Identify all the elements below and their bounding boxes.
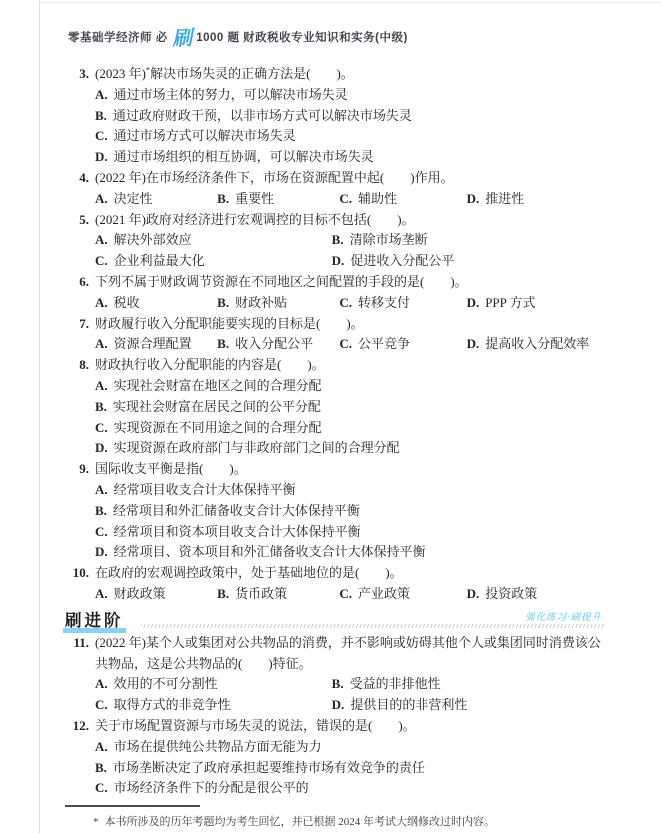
option-C: C.转移支付 bbox=[339, 293, 466, 314]
option-B: B.受益的非排他性 bbox=[332, 674, 441, 695]
option-letter: A. bbox=[95, 482, 108, 497]
question-5: 5.(2021 年)政府对经济进行宏观调控的目标不包括( )。A.解决外部效应B… bbox=[63, 210, 604, 272]
question-stem-row: 7.财政履行收入分配职能要实现的目标是( )。 bbox=[63, 314, 604, 335]
option-C: C.市场经济条件下的分配是很公平的 bbox=[95, 778, 604, 799]
option-letter: B. bbox=[95, 503, 107, 518]
option-text: 实现资源在政府部门与非政府部门之间的合理分配 bbox=[114, 440, 400, 455]
option-letter: C. bbox=[95, 420, 108, 435]
option-letter: B. bbox=[332, 676, 344, 691]
book-page: 零基础学经济师 必刷1000 题 财政税收专业知识和实务(中级) 3.(2023… bbox=[0, 0, 662, 833]
option-text: 市场垄断决定了政府承担起要维持市场有效竞争的责任 bbox=[113, 760, 425, 775]
option-A: A.实现社会财富在地区之间的合理分配 bbox=[95, 376, 604, 397]
option-letter: D. bbox=[467, 336, 480, 351]
page-header: 零基础学经济师 必刷1000 题 财政税收专业知识和实务(中级) bbox=[68, 22, 408, 48]
footnote-rule bbox=[65, 805, 200, 807]
option-letter: A. bbox=[95, 336, 108, 351]
option-D: D.PPP 方式 bbox=[467, 293, 536, 314]
options: A.效用的不可分割性B.受益的非排他性C.取得方式的非竞争性D.提供目的的非营利… bbox=[95, 674, 604, 716]
option-A: A.效用的不可分割性 bbox=[95, 674, 332, 695]
question-stem-row: 3.(2023 年)*解决市场失灵的正确方法是( )。 bbox=[63, 64, 604, 85]
option-text: 实现社会财富在居民之间的公平分配 bbox=[113, 399, 321, 414]
option-B: B.收入分配公平 bbox=[217, 334, 339, 355]
option-C: C.企业利益最大化 bbox=[95, 251, 332, 272]
question-stem: (2022 年)在市场经济条件下，市场在资源配置中起( )作用。 bbox=[95, 168, 604, 189]
option-D: D.提高收入分配效率 bbox=[467, 334, 590, 355]
option-text: 产业政策 bbox=[358, 586, 410, 601]
option-text: 通过市场组织的相互协调，可以解决市场失灵 bbox=[114, 149, 374, 164]
option-letter: A. bbox=[95, 586, 108, 601]
option-text: 市场在提供纯公共物品方面无能为力 bbox=[114, 739, 322, 754]
option-A: A.税收 bbox=[95, 293, 217, 314]
question-number: 8. bbox=[63, 355, 95, 376]
option-letter: B. bbox=[95, 108, 107, 123]
option-text: 提供目的的非营利性 bbox=[350, 697, 467, 712]
question-number: 5. bbox=[63, 210, 95, 231]
option-A: A.解决外部效应 bbox=[95, 230, 332, 251]
option-letter: D. bbox=[95, 440, 108, 455]
option-letter: D. bbox=[332, 697, 345, 712]
option-B: B.经常项目和外汇储备收支合计大体保持平衡 bbox=[95, 501, 604, 522]
option-text: 收入分配公平 bbox=[235, 336, 313, 351]
option-C: C.经常项目和资本项目收支合计大体保持平衡 bbox=[95, 522, 604, 543]
question-stem: 下列不属于财政调节资源在不同地区之间配置的手段的是( )。 bbox=[95, 272, 604, 293]
option-A: A.经常项目收支合计大体保持平衡 bbox=[95, 480, 604, 501]
question-stem-row: 12.关于市场配置资源与市场失灵的说法，错误的是( )。 bbox=[63, 716, 604, 737]
question-stem: 在政府的宏观调控政策中，处于基础地位的是( )。 bbox=[95, 563, 604, 584]
options: A.解决外部效应B.清除市场垄断C.企业利益最大化D.促进收入分配公平 bbox=[95, 230, 604, 272]
option-C: C.辅助性 bbox=[339, 189, 466, 210]
option-A: A.资源合理配置 bbox=[95, 334, 217, 355]
option-D: D.促进收入分配公平 bbox=[332, 251, 455, 272]
option-text: 财政补贴 bbox=[235, 295, 287, 310]
dotted-divider bbox=[141, 624, 604, 628]
option-C: C.通过市场方式可以解决市场失灵 bbox=[95, 126, 604, 147]
question-stem: 财政执行收入分配职能的内容是( )。 bbox=[95, 355, 604, 376]
question-number: 6. bbox=[63, 272, 95, 293]
question-stem: 财政履行收入分配职能要实现的目标是( )。 bbox=[95, 314, 604, 335]
brush-logo-icon: 刷 bbox=[171, 21, 193, 51]
option-text: 经常项目收支合计大体保持平衡 bbox=[114, 482, 296, 497]
option-text: 重要性 bbox=[235, 191, 274, 206]
option-letter: B. bbox=[95, 760, 107, 775]
option-text: 投资政策 bbox=[485, 586, 537, 601]
question-stem-row: 11.(2022 年)某个人或集团对公共物品的消费，并不影响或妨碍其他个人或集团… bbox=[63, 633, 604, 675]
footnote-reference-mark: * bbox=[146, 65, 150, 75]
footnote-marker: * bbox=[93, 816, 99, 828]
question-stem-row: 6.下列不属于财政调节资源在不同地区之间配置的手段的是( )。 bbox=[63, 272, 604, 293]
footnote: *本书所涉及的历年考题均为考生回忆，并已根据 2024 年考试大纲修改过时内容。 bbox=[63, 805, 604, 830]
question-stem-row: 9.国际收支平衡是指( )。 bbox=[63, 459, 604, 480]
option-letter: B. bbox=[332, 232, 344, 247]
option-text: PPP 方式 bbox=[485, 295, 535, 310]
option-letter: A. bbox=[95, 87, 108, 102]
option-letter: B. bbox=[217, 191, 229, 206]
question-stem-row: 8.财政执行收入分配职能的内容是( )。 bbox=[63, 355, 604, 376]
option-letter: D. bbox=[95, 544, 108, 559]
option-A: A.市场在提供纯公共物品方面无能为力 bbox=[95, 737, 604, 758]
question-6: 6.下列不属于财政调节资源在不同地区之间配置的手段的是( )。A.税收B.财政补… bbox=[63, 272, 604, 314]
question-12: 12.关于市场配置资源与市场失灵的说法，错误的是( )。A.市场在提供纯公共物品… bbox=[63, 716, 604, 799]
option-A: A.决定性 bbox=[95, 189, 217, 210]
question-number: 7. bbox=[63, 314, 95, 335]
option-letter: D. bbox=[332, 253, 345, 268]
question-list-advanced: 11.(2022 年)某个人或集团对公共物品的消费，并不影响或妨碍其他个人或集团… bbox=[63, 633, 604, 799]
option-letter: A. bbox=[95, 232, 108, 247]
scan-edge-top bbox=[39, 2, 662, 3]
question-8: 8.财政执行收入分配职能的内容是( )。A.实现社会财富在地区之间的合理分配B.… bbox=[63, 355, 604, 459]
option-letter: D. bbox=[467, 295, 480, 310]
option-text: 通过市场主体的努力，可以解决市场失灵 bbox=[114, 87, 348, 102]
option-B: B.实现社会财富在居民之间的公平分配 bbox=[95, 397, 604, 418]
option-D: D.通过市场组织的相互协调，可以解决市场失灵 bbox=[95, 147, 604, 168]
option-C: C.实现资源在不同用途之间的合理分配 bbox=[95, 418, 604, 439]
option-letter: D. bbox=[467, 191, 480, 206]
option-B: B.清除市场垄断 bbox=[332, 230, 428, 251]
option-text: 市场经济条件下的分配是很公平的 bbox=[114, 780, 309, 795]
question-number: 9. bbox=[63, 459, 95, 480]
option-A: A.通过市场主体的努力，可以解决市场失灵 bbox=[95, 85, 604, 106]
option-text: 实现资源在不同用途之间的合理分配 bbox=[114, 420, 322, 435]
options: A.市场在提供纯公共物品方面无能为力B.市场垄断决定了政府承担起要维持市场有效竞… bbox=[95, 737, 604, 799]
question-stem-row: 5.(2021 年)政府对经济进行宏观调控的目标不包括( )。 bbox=[63, 210, 604, 231]
option-letter: C. bbox=[339, 191, 352, 206]
option-C: C.产业政策 bbox=[339, 584, 466, 605]
option-text: 清除市场垄断 bbox=[350, 232, 428, 247]
option-letter: C. bbox=[339, 295, 352, 310]
option-C: C.取得方式的非竞争性 bbox=[95, 695, 332, 716]
option-text: 通过市场方式可以解决市场失灵 bbox=[114, 128, 296, 143]
section-header: 刷进阶 强化练习·刷提升 bbox=[63, 607, 604, 631]
header-title-post: 1000 题 财政税收专业知识和实务(中级) bbox=[196, 32, 408, 44]
option-letter: A. bbox=[95, 676, 108, 691]
question-stem: (2021 年)政府对经济进行宏观调控的目标不包括( )。 bbox=[95, 210, 604, 231]
option-text: 税收 bbox=[114, 295, 140, 310]
option-D: D.实现资源在政府部门与非政府部门之间的合理分配 bbox=[95, 438, 604, 459]
question-10: 10.在政府的宏观调控政策中，处于基础地位的是( )。A.财政政策B.货币政策C… bbox=[63, 563, 604, 605]
option-text: 促进收入分配公平 bbox=[350, 253, 454, 268]
question-number: 12. bbox=[63, 716, 95, 737]
option-letter: A. bbox=[95, 378, 108, 393]
question-number: 3. bbox=[63, 64, 95, 85]
option-letter: C. bbox=[95, 524, 108, 539]
question-stem-row: 10.在政府的宏观调控政策中，处于基础地位的是( )。 bbox=[63, 563, 604, 584]
option-letter: D. bbox=[95, 149, 108, 164]
footnote-text: 本书所涉及的历年考题均为考生回忆，并已根据 2024 年考试大纲修改过时内容。 bbox=[105, 816, 496, 828]
option-letter: D. bbox=[467, 586, 480, 601]
option-text: 实现社会财富在地区之间的合理分配 bbox=[114, 378, 322, 393]
option-letter: A. bbox=[95, 295, 108, 310]
option-text: 取得方式的非竞争性 bbox=[114, 697, 231, 712]
question-stem: (2023 年)*解决市场失灵的正确方法是( )。 bbox=[95, 64, 604, 85]
option-text: 货币政策 bbox=[235, 586, 287, 601]
option-text: 资源合理配置 bbox=[114, 336, 192, 351]
option-letter: A. bbox=[95, 739, 108, 754]
question-list-basic: 3.(2023 年)*解决市场失灵的正确方法是( )。A.通过市场主体的努力，可… bbox=[63, 64, 604, 605]
options: A.通过市场主体的努力，可以解决市场失灵B.通过政府财政干预，以非市场方式可以解… bbox=[95, 85, 604, 168]
question-4: 4.(2022 年)在市场经济条件下，市场在资源配置中起( )作用。A.决定性B… bbox=[63, 168, 604, 210]
question-11: 11.(2022 年)某个人或集团对公共物品的消费，并不影响或妨碍其他个人或集团… bbox=[63, 633, 604, 716]
option-letter: C. bbox=[339, 336, 352, 351]
question-7: 7.财政履行收入分配职能要实现的目标是( )。A.资源合理配置B.收入分配公平C… bbox=[63, 314, 604, 356]
option-text: 效用的不可分割性 bbox=[114, 676, 218, 691]
options: A.经常项目收支合计大体保持平衡B.经常项目和外汇储备收支合计大体保持平衡C.经… bbox=[95, 480, 604, 563]
option-text: 公平竞争 bbox=[358, 336, 410, 351]
scan-edge-left bbox=[39, 0, 40, 833]
section-title: 刷进阶 bbox=[63, 607, 126, 631]
question-number: 10. bbox=[63, 563, 95, 584]
option-A: A.财政政策 bbox=[95, 584, 217, 605]
option-D: D.投资政策 bbox=[467, 584, 538, 605]
option-B: B.重要性 bbox=[217, 189, 339, 210]
option-B: B.通过政府财政干预，以非市场方式可以解决市场失灵 bbox=[95, 106, 604, 127]
option-D: D.提供目的的非营利性 bbox=[332, 695, 468, 716]
question-9: 9.国际收支平衡是指( )。A.经常项目收支合计大体保持平衡B.经常项目和外汇储… bbox=[63, 459, 604, 563]
option-D: D.经常项目、资本项目和外汇储备收支合计大体保持平衡 bbox=[95, 542, 604, 563]
option-letter: B. bbox=[217, 295, 229, 310]
option-B: B.货币政策 bbox=[217, 584, 339, 605]
options: A.决定性B.重要性C.辅助性D.推进性 bbox=[95, 189, 604, 210]
question-3: 3.(2023 年)*解决市场失灵的正确方法是( )。A.通过市场主体的努力，可… bbox=[63, 64, 604, 168]
options: A.实现社会财富在地区之间的合理分配B.实现社会财富在居民之间的公平分配C.实现… bbox=[95, 376, 604, 459]
options: A.资源合理配置B.收入分配公平C.公平竞争D.提高收入分配效率 bbox=[95, 334, 604, 355]
option-letter: B. bbox=[217, 586, 229, 601]
option-text: 经常项目和外汇储备收支合计大体保持平衡 bbox=[113, 503, 360, 518]
option-text: 辅助性 bbox=[358, 191, 397, 206]
option-text: 财政政策 bbox=[114, 586, 166, 601]
question-stem: 国际收支平衡是指( )。 bbox=[95, 459, 604, 480]
option-letter: A. bbox=[95, 191, 108, 206]
option-text: 解决外部效应 bbox=[114, 232, 192, 247]
option-letter: B. bbox=[217, 336, 229, 351]
question-number: 4. bbox=[63, 168, 95, 189]
option-letter: B. bbox=[95, 399, 107, 414]
option-C: C.公平竞争 bbox=[339, 334, 466, 355]
option-letter: C. bbox=[95, 780, 108, 795]
option-letter: C. bbox=[95, 697, 108, 712]
option-letter: C. bbox=[95, 128, 108, 143]
option-text: 经常项目和资本项目收支合计大体保持平衡 bbox=[114, 524, 361, 539]
page-body: 3.(2023 年)*解决市场失灵的正确方法是( )。A.通过市场主体的努力，可… bbox=[63, 58, 604, 830]
option-text: 经常项目、资本项目和外汇储备收支合计大体保持平衡 bbox=[114, 544, 426, 559]
option-B: B.财政补贴 bbox=[217, 293, 339, 314]
option-text: 决定性 bbox=[114, 191, 153, 206]
option-text: 企业利益最大化 bbox=[114, 253, 205, 268]
header-title-pre: 零基础学经济师 必 bbox=[68, 32, 168, 44]
option-text: 通过政府财政干预，以非市场方式可以解决市场失灵 bbox=[113, 108, 412, 123]
options: A.税收B.财政补贴C.转移支付D.PPP 方式 bbox=[95, 293, 604, 314]
question-stem-row: 4.(2022 年)在市场经济条件下，市场在资源配置中起( )作用。 bbox=[63, 168, 604, 189]
question-stem: (2022 年)某个人或集团对公共物品的消费，并不影响或妨碍其他个人或集团同时消… bbox=[95, 633, 604, 675]
question-stem: 关于市场配置资源与市场失灵的说法，错误的是( )。 bbox=[95, 716, 604, 737]
question-number: 11. bbox=[63, 633, 95, 675]
option-text: 转移支付 bbox=[358, 295, 410, 310]
option-letter: C. bbox=[95, 253, 108, 268]
footnote-line: *本书所涉及的历年考题均为考生回忆，并已根据 2024 年考试大纲修改过时内容。 bbox=[63, 815, 604, 830]
option-D: D.推进性 bbox=[467, 189, 525, 210]
option-text: 推进性 bbox=[485, 191, 524, 206]
option-B: B.市场垄断决定了政府承担起要维持市场有效竞争的责任 bbox=[95, 758, 604, 779]
options: A.财政政策B.货币政策C.产业政策D.投资政策 bbox=[95, 584, 604, 605]
option-letter: C. bbox=[339, 586, 352, 601]
option-text: 受益的非排他性 bbox=[350, 676, 441, 691]
option-text: 提高收入分配效率 bbox=[485, 336, 589, 351]
section-tagline: 强化练习·刷提升 bbox=[525, 609, 602, 623]
